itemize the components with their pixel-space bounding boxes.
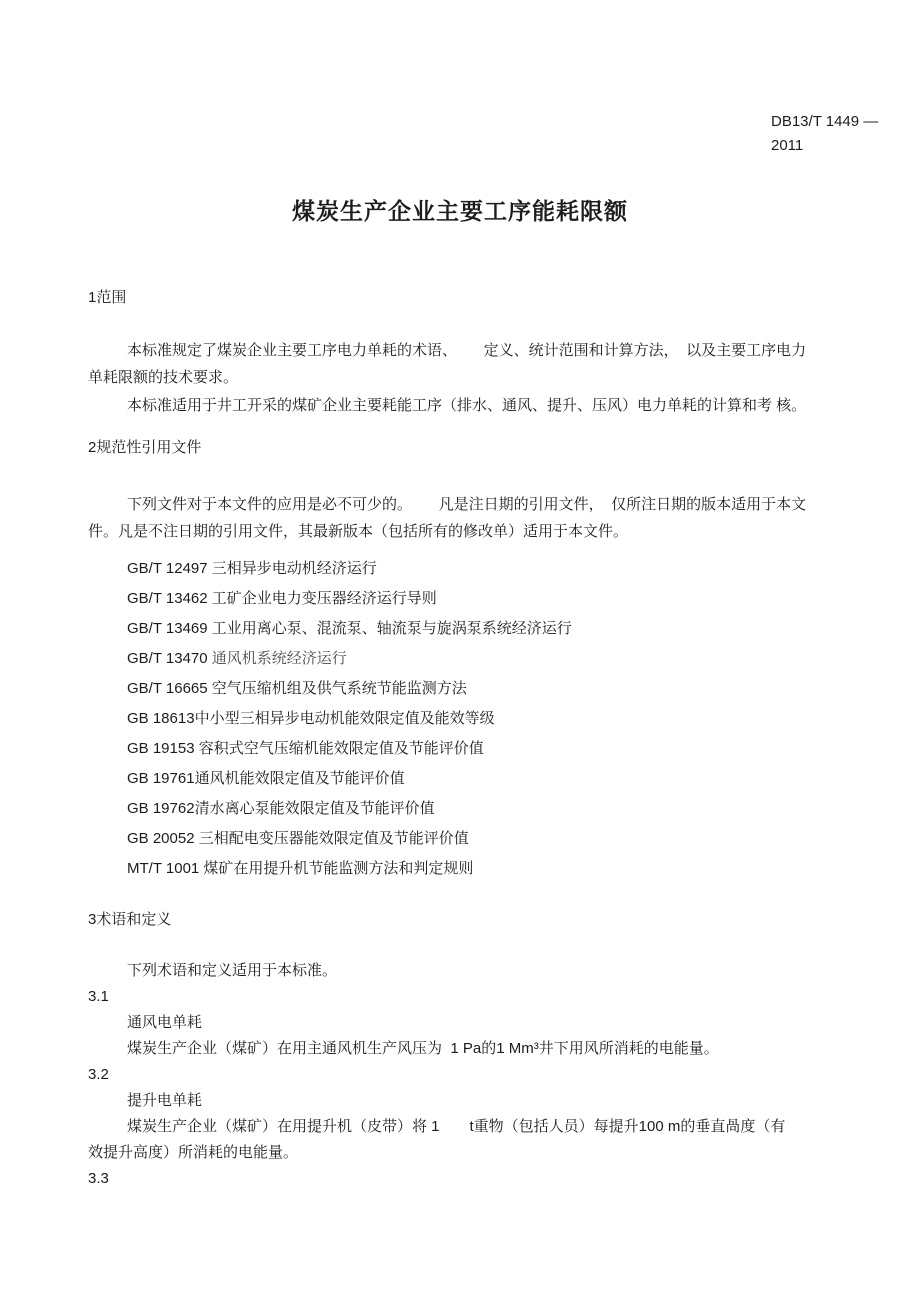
reference-item: MT/T 1001 煤矿在用提升机节能监测方法和判定规则: [88, 854, 895, 884]
reference-item: GB/T 16665 空气压缩机组及供气系统节能监测方法: [88, 674, 895, 704]
section-2-para-1: 下列文件对于本文件的应用是必不可少的。 凡是注日期的引用文件， 仅所注日期的版本…: [88, 491, 895, 545]
reference-name: 容积式空气压缩机能效限定值及节能评价值: [199, 740, 484, 757]
reference-code: GB/T 13469: [127, 620, 212, 637]
term-number: 3.1: [88, 984, 895, 1010]
section-1-para-1: 本标准规定了煤炭企业主要工序电力单耗的术语、 定义、统计范围和计算方法， 以及主…: [88, 337, 895, 391]
reference-item: GB/T 12497 三相异步电动机经济运行: [88, 554, 895, 584]
reference-name: 煤矿在用提升机节能监测方法和判定规则: [203, 860, 473, 877]
reference-code: GB/T 12497: [127, 560, 212, 577]
reference-item: GB 19762清水离心泵能效限定值及节能评价值: [88, 794, 895, 824]
reference-code: GB 20052: [127, 830, 199, 847]
reference-name: 三相配电变压器能效限定值及节能评价值: [199, 830, 469, 847]
reference-name: 通风机系统经济运行: [212, 651, 347, 667]
reference-code: MT/T 1001: [127, 860, 203, 877]
reference-code: GB 19153: [127, 740, 199, 757]
reference-item: GB 18613中小型三相异步电动机能效限定值及能效等级: [88, 704, 895, 734]
term-number: 3.3: [88, 1166, 895, 1192]
reference-name: 空气压缩机组及供气系统节能监测方法: [212, 680, 467, 697]
reference-code: GB/T 13462: [127, 590, 212, 607]
section-1-heading: 1范围: [88, 288, 895, 308]
reference-list: GB/T 12497 三相异步电动机经济运行 GB/T 13462 工矿企业电力…: [88, 554, 895, 884]
doc-code-block: DB13/T 1449 — 2011: [771, 110, 878, 158]
doc-body: 1范围 本标准规定了煤炭企业主要工序电力单耗的术语、 定义、统计范围和计算方法，…: [0, 288, 920, 1192]
doc-code-line2: 2011: [771, 134, 878, 158]
section-3-intro: 下列术语和定义适用于本标准。: [88, 958, 895, 984]
doc-code-line1: DB13/T 1449 —: [771, 110, 878, 134]
section-3-heading: 3术语和定义: [88, 910, 895, 930]
term-title: 提升电单耗: [88, 1088, 895, 1114]
reference-item: GB/T 13462 工矿企业电力变压器经济运行导则: [88, 584, 895, 614]
document-page: DB13/T 1449 — 2011 煤炭生产企业主要工序能耗限额 1范围 本标…: [0, 0, 920, 1304]
term-definition: 煤炭生产企业（煤矿）在用提升机（皮带）将 1 t重物（包括人员）每提升100 m…: [88, 1114, 895, 1166]
reference-item: GB 19153 容积式空气压缩机能效限定值及节能评价值: [88, 734, 895, 764]
reference-item: GB 20052 三相配电变压器能效限定值及节能评价值: [88, 824, 895, 854]
reference-name: 工业用离心泵、混流泵、轴流泵与旋涡泵系统经济运行: [212, 620, 572, 637]
section-2-heading: 2规范性引用文件: [88, 438, 895, 458]
doc-title: 煤炭生产企业主要工序能耗限额: [0, 196, 920, 226]
reference-name: 清水离心泵能效限定值及节能评价值: [195, 800, 435, 817]
reference-item: GB/T 13470 通风机系统经济运行: [88, 644, 895, 674]
reference-item: GB/T 13469 工业用离心泵、混流泵、轴流泵与旋涡泵系统经济运行: [88, 614, 895, 644]
term-number: 3.2: [88, 1062, 895, 1088]
term-title: 通风电单耗: [88, 1010, 895, 1036]
reference-name: 三相异步电动机经济运行: [212, 560, 377, 577]
reference-code: GB 18613: [127, 710, 195, 727]
reference-code: GB/T 13470: [127, 650, 212, 667]
reference-name: 中小型三相异步电动机能效限定值及能效等级: [195, 710, 495, 727]
term-definition: 煤炭生产企业（煤矿）在用主通风机生产风压为 1 Pa的1 Mm³井下用风所消耗的…: [88, 1036, 895, 1062]
section-1-para-2: 本标准适用于井工开采的煤矿企业主要耗能工序（排水、通风、提升、压风）电力单耗的计…: [88, 392, 895, 419]
reference-name: 工矿企业电力变压器经济运行导则: [212, 590, 437, 607]
reference-code: GB 19762: [127, 800, 195, 817]
terms-and-definitions: 下列术语和定义适用于本标准。 3.1 通风电单耗 煤炭生产企业（煤矿）在用主通风…: [88, 958, 895, 1192]
reference-code: GB 19761: [127, 770, 195, 787]
reference-name: 通风机能效限定值及节能评价值: [195, 770, 405, 787]
reference-code: GB/T 16665: [127, 680, 212, 697]
reference-item: GB 19761通风机能效限定值及节能评价值: [88, 764, 895, 794]
